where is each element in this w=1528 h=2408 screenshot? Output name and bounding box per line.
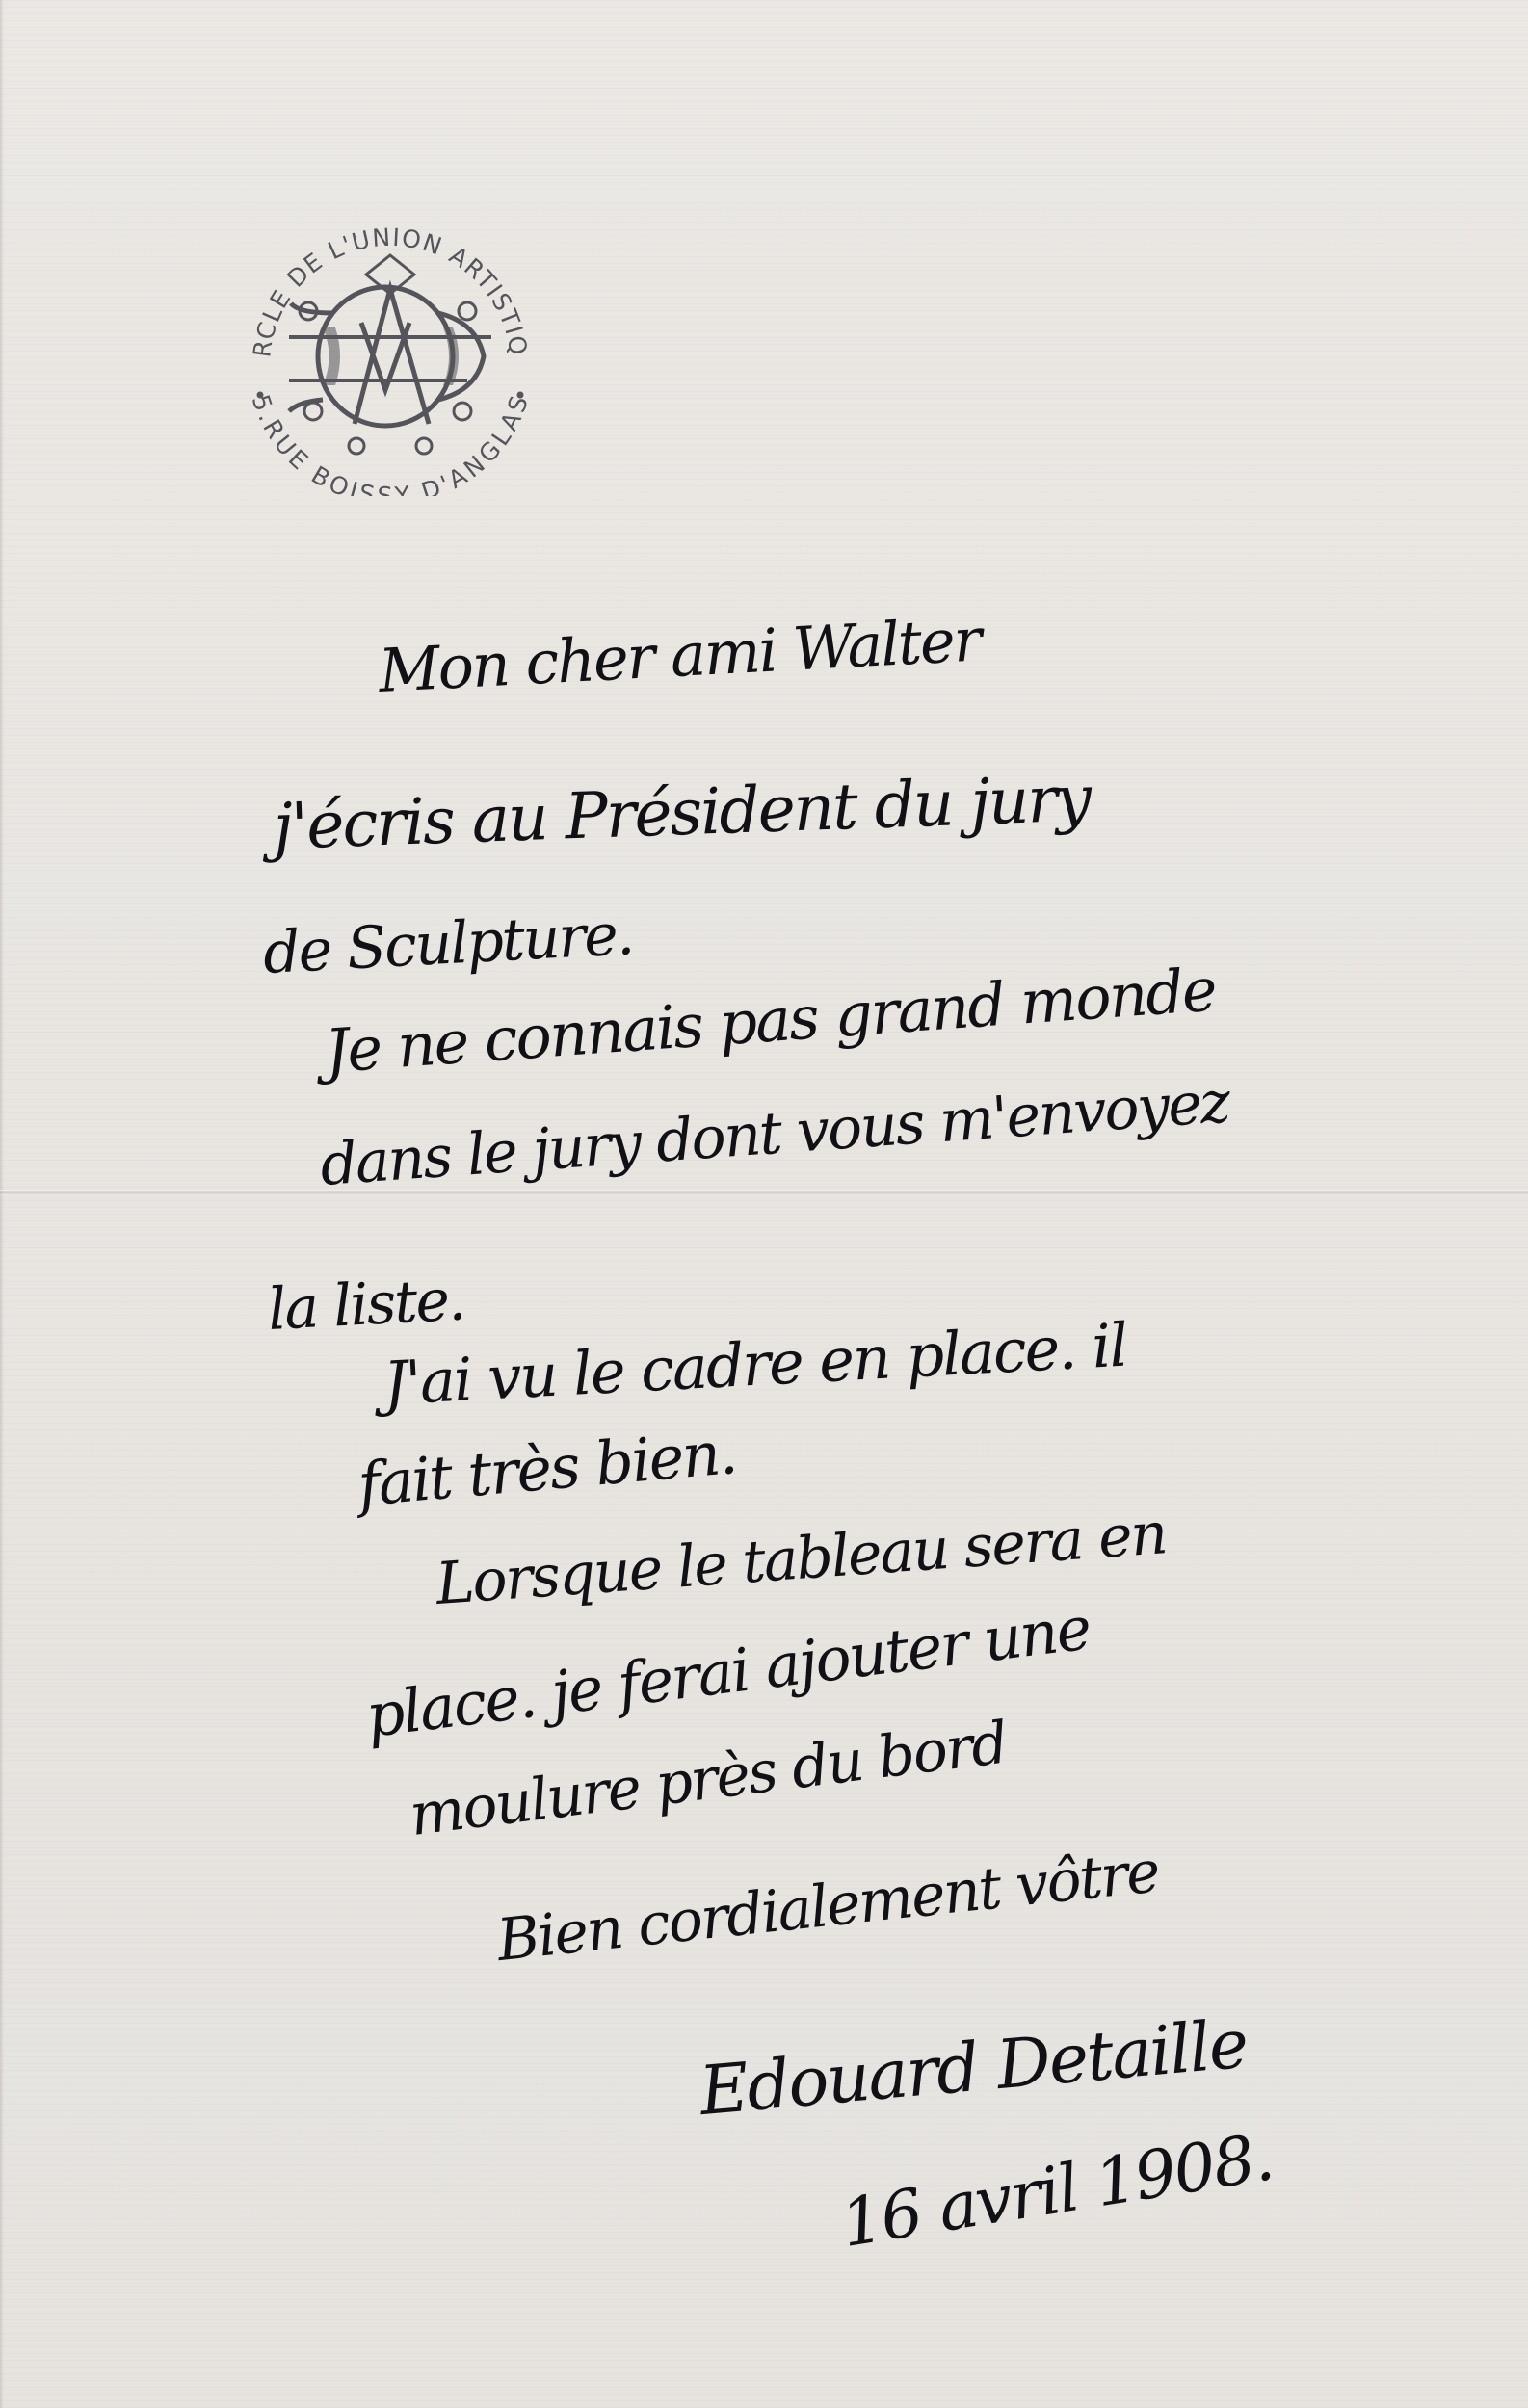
svg-text:CERCLE DE L'UNION ARTISTIQUE: CERCLE DE L'UNION ARTISTIQUE [231, 197, 533, 359]
body-line: j'écris au Président du jury [272, 761, 1091, 864]
monogram-seal-icon: CERCLE DE L'UNION ARTISTIQUE 5.RUE BOISS… [231, 197, 549, 496]
letterhead-organization: CERCLE DE L'UNION ARTISTIQUE [231, 197, 533, 359]
date: 16 avril 1908. [836, 2119, 1278, 2263]
closing: Bien cordialement vôtre [494, 1838, 1162, 1975]
letterhead-address: 5.RUE BOISSY D'ANGLAS [247, 391, 535, 496]
body-line: dans le jury dont vous m'envoyez [318, 1068, 1230, 1199]
signature: Edouard Detaille [697, 2004, 1250, 2131]
body-line: de Sculpture. [261, 901, 634, 987]
paper-edge [0, 0, 4, 2408]
svg-text:5.RUE BOISSY D'ANGLAS: 5.RUE BOISSY D'ANGLAS [247, 391, 535, 496]
letter-sheet: CERCLE DE L'UNION ARTISTIQUE 5.RUE BOISS… [0, 0, 1528, 2408]
letterhead-seal: CERCLE DE L'UNION ARTISTIQUE 5.RUE BOISS… [231, 197, 549, 496]
body-line: fait très bien. [356, 1417, 739, 1520]
fold-crease [0, 1190, 1528, 1195]
body-line: la liste. [266, 1266, 465, 1344]
body-line: J'ai vu le cadre en place. il [382, 1310, 1128, 1419]
salutation: Mon cher ami Walter [377, 604, 982, 706]
